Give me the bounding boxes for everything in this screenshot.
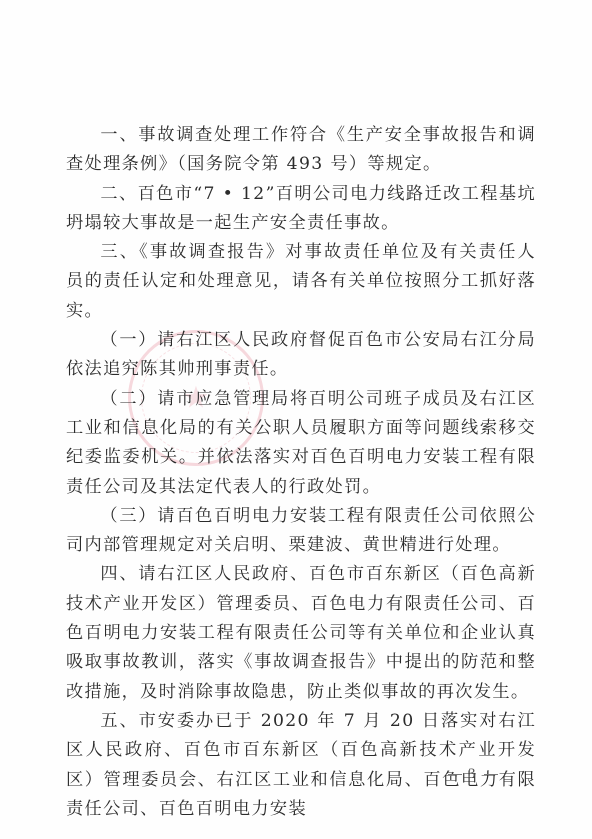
paragraph-3-2: （二）请市应急管理局将百明公司班子成员及右江区工业和信息化局的有关公职人员履职方… [66, 385, 536, 502]
paragraph-1: 一、事故调查处理工作符合《生产安全事故报告和调查处理条例》（国务院令第 493 … [66, 121, 536, 180]
page-number-dash-left [448, 774, 462, 775]
paragraph-3-3: （三）请百色百明电力安装工程有限责任公司依照公司内部管理规定对关启明、栗建波、黄… [66, 502, 536, 561]
paragraph-3-1: （一）请右江区人民政府督促百色市公安局右江分局依法追究陈其帅刑事责任。 [66, 326, 536, 385]
paragraph-4: 四、请右江区人民政府、百色市百东新区（百色高新技术产业开发区）管理委员、百色电力… [66, 560, 536, 706]
page-number: 3 [448, 766, 498, 783]
paragraph-3: 三、《事故调查报告》对事故责任单位及有关责任人员的责任认定和处理意见，请各有关单… [66, 238, 536, 326]
page-number-dash-right [484, 774, 498, 775]
document-page: ★ 一、事故调查处理工作符合《生产安全事故报告和调查处理条例》（国务院令第 49… [0, 0, 592, 839]
document-body: 一、事故调查处理工作符合《生产安全事故报告和调查处理条例》（国务院令第 493 … [66, 121, 536, 824]
page-number-value: 3 [468, 766, 478, 783]
paragraph-2: 二、百色市“7 • 12”百明公司电力线路迁改工程基坑坍塌较大事故是一起生产安全… [66, 180, 536, 239]
